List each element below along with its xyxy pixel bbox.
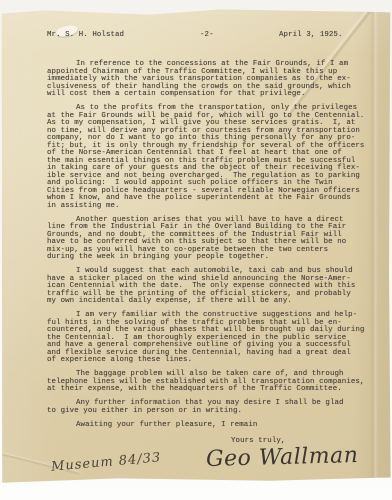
page-number: -2- <box>200 32 214 40</box>
letter-date: April 3, 1925. <box>279 32 343 40</box>
letter-paragraph: In reference to the concessions at the F… <box>47 61 371 99</box>
letter-page: Mr. S. H. Holstad -2- April 3, 1925. In … <box>1 8 391 488</box>
letter-header: Mr. S. H. Holstad -2- April 3, 1925. <box>47 32 371 40</box>
letter-paragraph: I would suggest that each automobile, ta… <box>47 268 371 306</box>
letter-content: Mr. S. H. Holstad -2- April 3, 1925. In … <box>1 8 391 446</box>
scan-background: Mr. S. H. Holstad -2- April 3, 1925. In … <box>0 0 392 500</box>
letter-paragraph: Another question arises that you will ha… <box>47 217 371 262</box>
letter-body: In reference to the concessions at the F… <box>47 61 371 429</box>
letter-paragraph: Any further information that you may des… <box>47 400 371 415</box>
letter-paragraph: I am very familiar with the constructive… <box>47 312 371 365</box>
letter-paragraph: Awaiting your further pleasure, I remain <box>47 422 371 430</box>
handwritten-annotation: Museum 84/33 <box>51 450 162 475</box>
letter-paragraph: The baggage problem will also be taken c… <box>47 371 371 394</box>
signature: Geo Wallman <box>206 443 359 472</box>
recipient-name: Mr. S. H. Holstad <box>47 32 124 40</box>
letter-paragraph: As to the profits from the transportatio… <box>47 105 371 210</box>
